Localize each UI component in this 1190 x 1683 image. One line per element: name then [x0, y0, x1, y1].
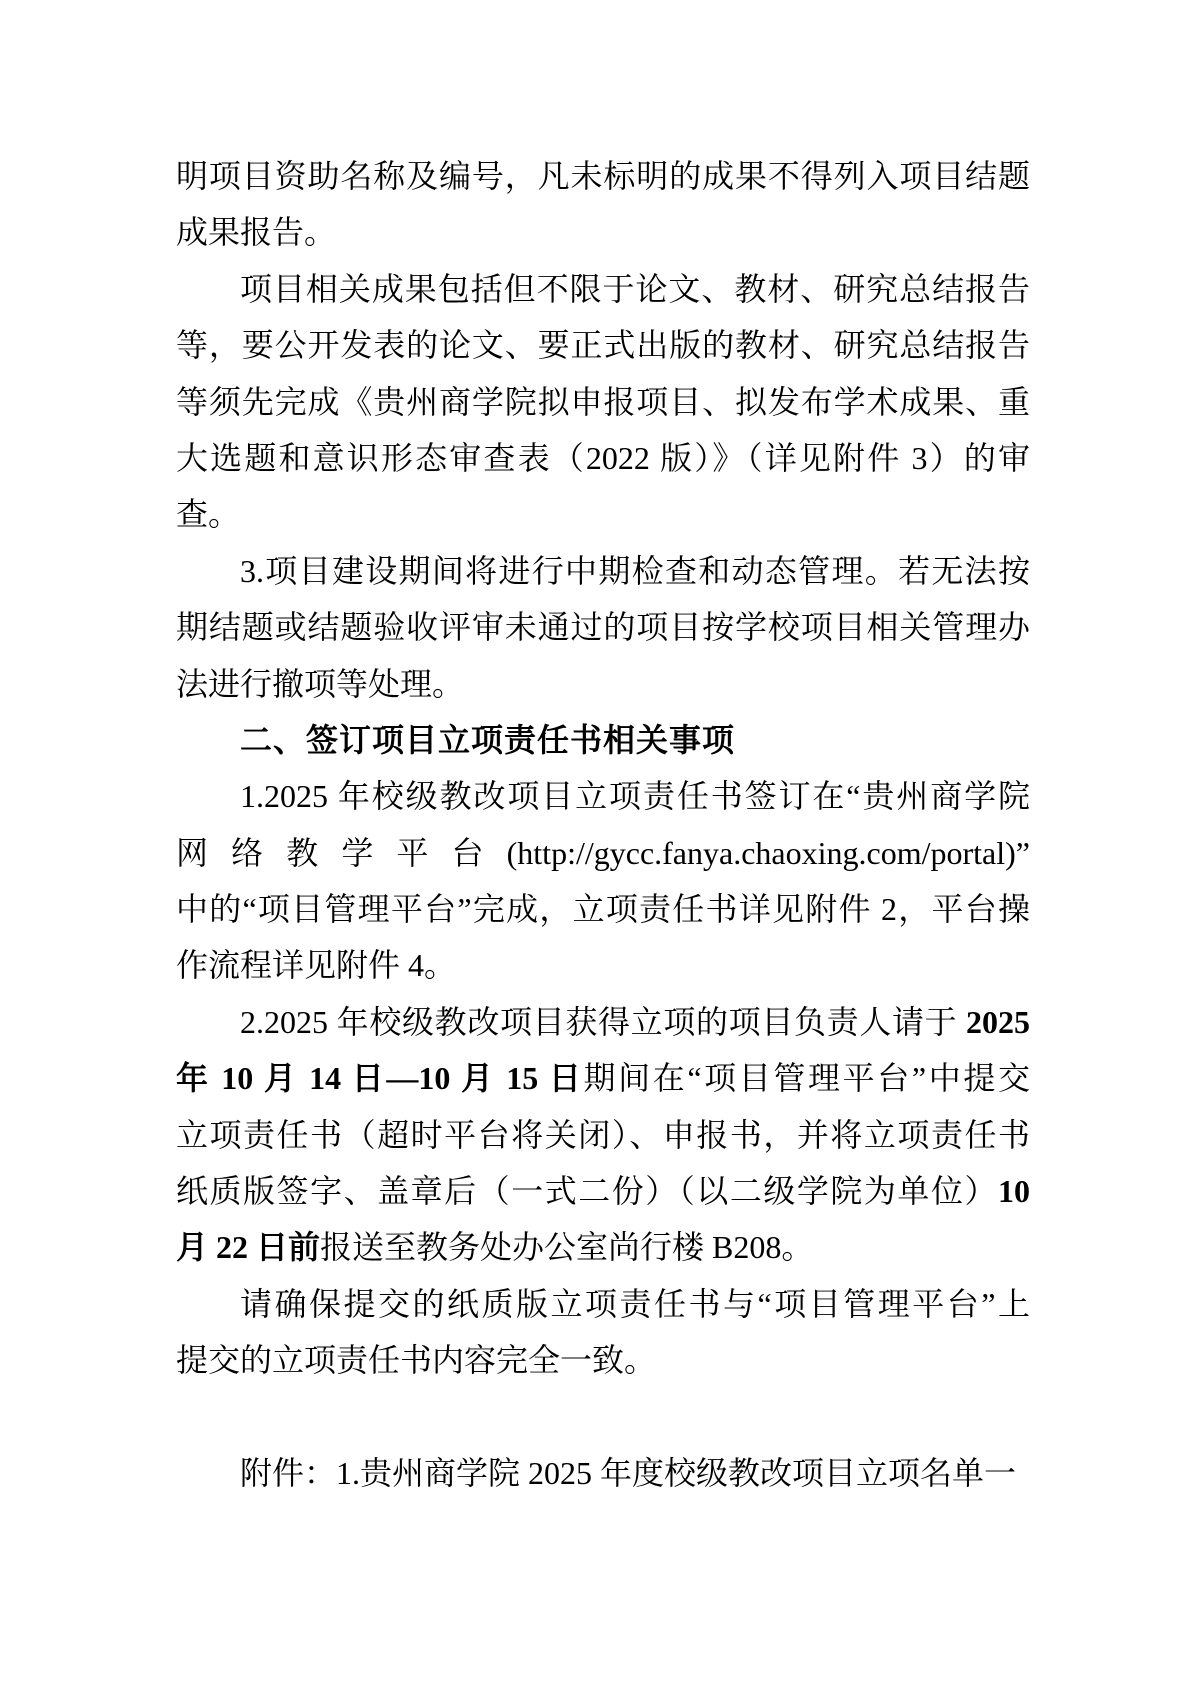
text-segment: 期间在“项目管理平台”中提交: [583, 1060, 1030, 1096]
text-line: 作流程详见附件 4。: [176, 937, 1030, 993]
text-segment: 立项责任书（超时平台将关闭）、申报书，并将立项责任书: [176, 1117, 1030, 1153]
text-segment: 项目相关成果包括但不限于论文、教材、研究总结报告: [240, 271, 1030, 307]
text-line: 年 10 月 14 日—10 月 15 日期间在“项目管理平台”中提交: [176, 1050, 1030, 1106]
text-line: 期结题或结题验收评审未通过的项目按学校项目相关管理办: [176, 599, 1030, 655]
text-segment: 纸质版签字、盖章后（一式二份）（以二级学院为单位）: [176, 1173, 998, 1209]
text-segment: 大选题和意识形态审查表（2022 版）》（详见附件 3）的审: [176, 440, 1030, 476]
text-segment: 等，要公开发表的论文、要正式出版的教材、研究总结报告: [176, 327, 1030, 363]
emphasis-text: 年 10 月 14 日—10 月 15 日: [176, 1060, 583, 1096]
emphasis-text: 二、签订项目立项责任书相关事项: [240, 722, 735, 758]
emphasis-text: 月 22 日前: [176, 1229, 320, 1265]
document-body: 明项目资助名称及编号，凡未标明的成果不得列入项目结题成果报告。项目相关成果包括但…: [176, 148, 1030, 1501]
text-line: 明项目资助名称及编号，凡未标明的成果不得列入项目结题: [176, 148, 1030, 204]
text-segment: 成果报告。: [176, 214, 336, 250]
text-segment: 期结题或结题验收评审未通过的项目按学校项目相关管理办: [176, 609, 1030, 645]
text-line: 项目相关成果包括但不限于论文、教材、研究总结报告: [176, 261, 1030, 317]
text-line: 2.2025 年校级教改项目获得立项的项目负责人请于 2025: [176, 994, 1030, 1050]
text-segment: 提交的立项责任书内容完全一致。: [176, 1342, 656, 1378]
text-line: 附件：1.贵州商学院 2025 年度校级教改项目立项名单一: [176, 1445, 1030, 1501]
text-segment: 明项目资助名称及编号，凡未标明的成果不得列入项目结题: [176, 158, 1030, 194]
text-segment: 2.2025 年校级教改项目获得立项的项目负责人请于: [240, 1004, 966, 1040]
text-line: 成果报告。: [176, 204, 1030, 260]
text-line: 网络教学平台(http://gycc.fanya.chaoxing.com/po…: [176, 825, 1030, 881]
section-heading: 二、签订项目立项责任书相关事项: [176, 712, 1030, 768]
text-line: 大选题和意识形态审查表（2022 版）》（详见附件 3）的审: [176, 430, 1030, 486]
blank-line: [176, 1389, 1030, 1445]
text-line: 3.项目建设期间将进行中期检查和动态管理。若无法按: [176, 543, 1030, 599]
text-line: 立项责任书（超时平台将关闭）、申报书，并将立项责任书: [176, 1107, 1030, 1163]
text-line: 月 22 日前报送至教务处办公室尚行楼 B208。: [176, 1219, 1030, 1275]
text-segment: 1.2025 年校级教改项目立项责任书签订在“贵州商学院: [240, 778, 1030, 814]
text-line: 请确保提交的纸质版立项责任书与“项目管理平台”上: [176, 1276, 1030, 1332]
text-segment: 法进行撤项等处理。: [176, 666, 464, 702]
text-segment: 网络教学平台(http://gycc.fanya.chaoxing.com/po…: [176, 835, 1030, 871]
text-line: 查。: [176, 486, 1030, 542]
text-segment: 请确保提交的纸质版立项责任书与“项目管理平台”上: [240, 1286, 1030, 1322]
text-segment: 附件：1.贵州商学院 2025 年度校级教改项目立项名单一: [240, 1455, 1016, 1491]
text-segment: 3.项目建设期间将进行中期检查和动态管理。若无法按: [240, 553, 1030, 589]
text-line: 等须先完成《贵州商学院拟申报项目、拟发布学术成果、重: [176, 374, 1030, 430]
text-segment: 查。: [176, 496, 240, 532]
emphasis-text: 2025: [966, 1004, 1030, 1040]
text-segment: 报送至教务处办公室尚行楼 B208。: [320, 1229, 813, 1265]
text-line: 提交的立项责任书内容完全一致。: [176, 1332, 1030, 1388]
emphasis-text: 10: [998, 1173, 1030, 1209]
document-page: 明项目资助名称及编号，凡未标明的成果不得列入项目结题成果报告。项目相关成果包括但…: [0, 0, 1190, 1683]
text-line: 法进行撤项等处理。: [176, 656, 1030, 712]
text-segment: 等须先完成《贵州商学院拟申报项目、拟发布学术成果、重: [176, 384, 1030, 420]
text-line: 中的“项目管理平台”完成，立项责任书详见附件 2，平台操: [176, 881, 1030, 937]
text-line: 纸质版签字、盖章后（一式二份）（以二级学院为单位）10: [176, 1163, 1030, 1219]
text-line: 等，要公开发表的论文、要正式出版的教材、研究总结报告: [176, 317, 1030, 373]
text-segment: 作流程详见附件 4。: [176, 947, 456, 983]
text-segment: 中的“项目管理平台”完成，立项责任书详见附件 2，平台操: [176, 891, 1030, 927]
text-line: 1.2025 年校级教改项目立项责任书签订在“贵州商学院: [176, 768, 1030, 824]
